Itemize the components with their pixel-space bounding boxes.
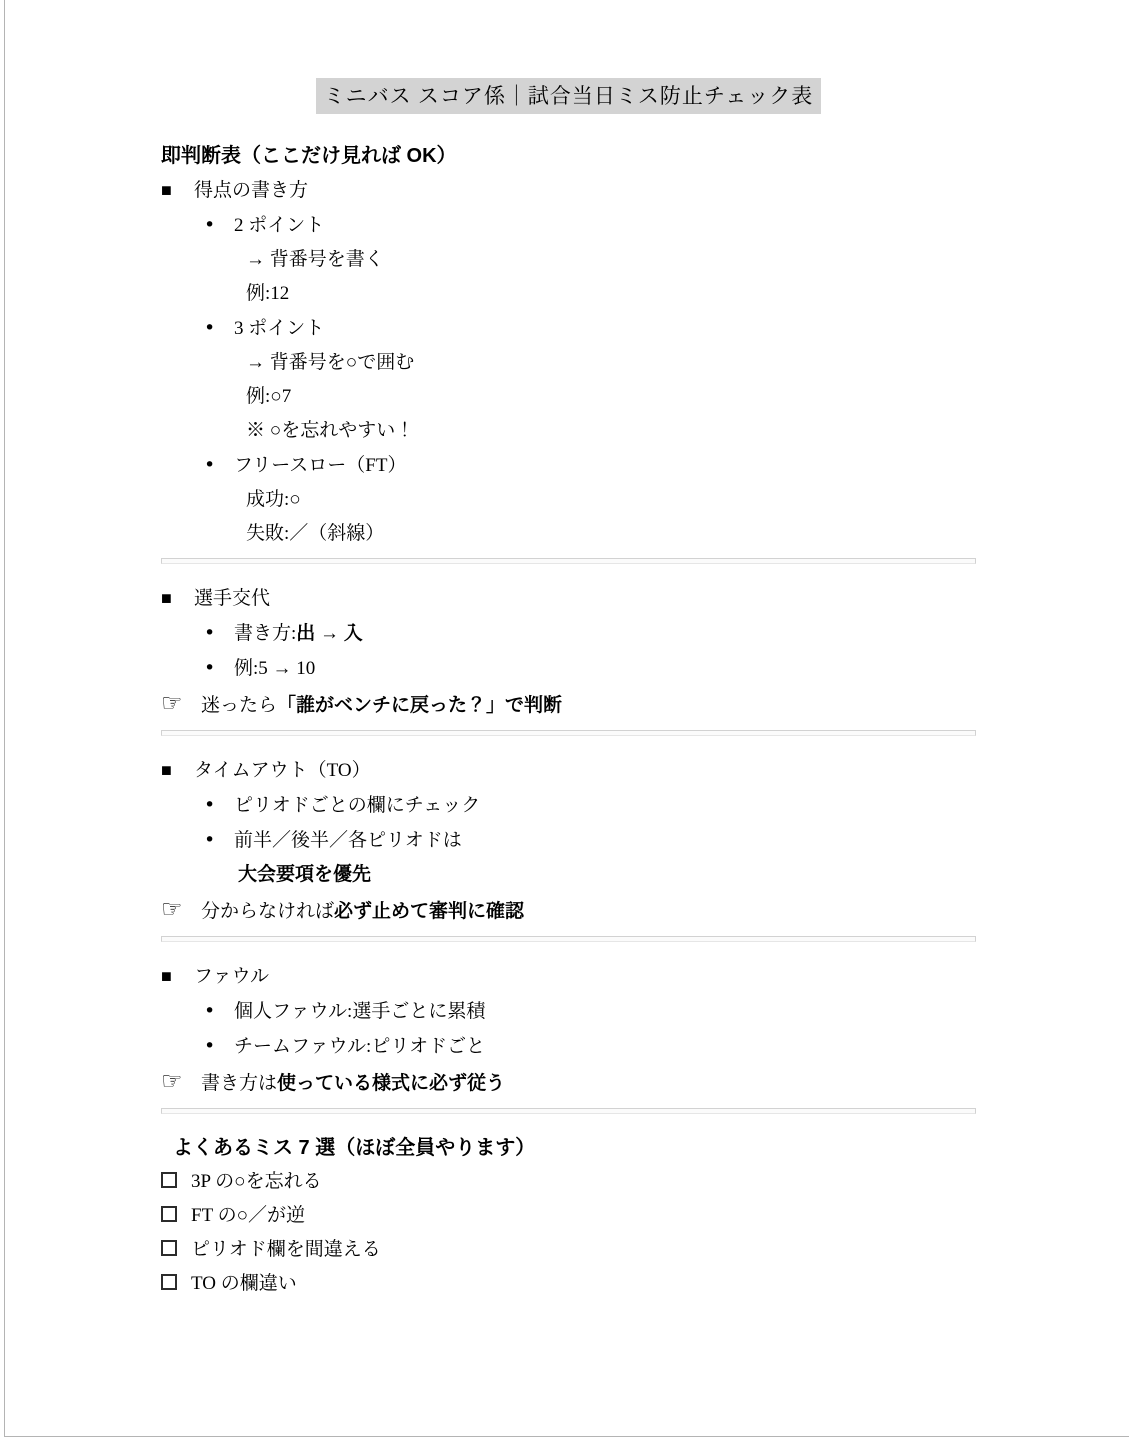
bullet-icon: • xyxy=(204,823,234,857)
checklist-item: ピリオド欄を間違える xyxy=(161,1233,976,1267)
page-title: ミニバス スコア係｜試合当日ミス防止チェック表 xyxy=(316,78,822,114)
checklist-item-label: ピリオド欄を間違える xyxy=(191,1239,381,1260)
list-item-freethrow: •フリースロー（FT） xyxy=(161,448,976,483)
checkbox-icon xyxy=(161,1206,177,1222)
list-item-sub-how: •書き方:出 → 入 xyxy=(161,616,976,651)
tip-note-substitution: ☞迷ったら「誰がベンチに戻った？」で判断 xyxy=(161,686,976,723)
list-item-2pt: •2 ポイント xyxy=(161,208,976,243)
bullet-icon: • xyxy=(204,651,234,685)
checkbox-icon xyxy=(161,1240,177,1256)
sub-line-3pt-example: 例:○7 xyxy=(161,380,976,414)
checklist-item: 3P の○を忘れる xyxy=(161,1165,976,1199)
list-item-label: フリースロー（FT） xyxy=(234,455,406,476)
list-item-label: 2 ポイント xyxy=(234,215,324,236)
list-item-label: 書き方:出 → 入 xyxy=(234,623,363,644)
section-heading-label: タイムアウト（TO） xyxy=(194,760,371,781)
black-square-icon: ■ xyxy=(161,581,194,615)
list-item-team-foul: •チームファウル:ピリオドごと xyxy=(161,1029,976,1064)
tip-note-timeout: ☞分からなければ必ず止めて審判に確認 xyxy=(161,892,976,929)
sub-line-ft-success: 成功:○ xyxy=(161,483,976,517)
bullet-icon: • xyxy=(204,994,234,1028)
common-mistakes-heading: よくあるミス 7 選（ほぼ全員やります） xyxy=(161,1131,976,1165)
bullet-icon: • xyxy=(204,1029,234,1063)
sub-line-2pt-rule: → 背番号を書く xyxy=(161,243,976,277)
list-item-label: 例:5 → 10 xyxy=(234,658,315,679)
checkbox-icon xyxy=(161,1274,177,1290)
list-item-to-periods: •前半／後半／各ピリオドは xyxy=(161,823,976,858)
tip-note-text: 書き方は使っている様式に必ず従う xyxy=(201,1073,505,1094)
list-item-personal-foul: •個人ファウル:選手ごとに累積 xyxy=(161,994,976,1029)
section-divider xyxy=(161,936,976,942)
list-item-label: 個人ファウル:選手ごとに累積 xyxy=(234,1001,485,1022)
checklist-item: TO の欄違い xyxy=(161,1267,976,1301)
document-content: ミニバス スコア係｜試合当日ミス防止チェック表 即判断表（ここだけ見れば OK）… xyxy=(161,78,976,1301)
section-divider xyxy=(161,558,976,564)
list-item-label: チームファウル:ピリオドごと xyxy=(234,1036,485,1057)
bullet-icon: • xyxy=(204,448,234,482)
section-heading-score: ■得点の書き方 xyxy=(161,173,976,208)
black-square-icon: ■ xyxy=(161,959,194,993)
pointing-hand-icon: ☞ xyxy=(161,686,201,720)
sub-line-3pt-warning: ※ ○を忘れやすい！ xyxy=(161,414,976,448)
checklist-item: FT の○／が逆 xyxy=(161,1199,976,1233)
list-item-to-check: •ピリオドごとの欄にチェック xyxy=(161,788,976,823)
sub-line-2pt-example: 例:12 xyxy=(161,277,976,311)
black-square-icon: ■ xyxy=(161,173,194,207)
checklist-item-label: TO の欄違い xyxy=(191,1273,297,1294)
bullet-icon: • xyxy=(204,616,234,650)
section-heading-label: 選手交代 xyxy=(194,588,270,609)
sub-line-ft-fail: 失敗:／（斜線） xyxy=(161,517,976,551)
tip-note-text: 迷ったら「誰がベンチに戻った？」で判断 xyxy=(201,695,562,716)
tip-note-foul: ☞書き方は使っている様式に必ず従う xyxy=(161,1064,976,1101)
list-item-sub-example: •例:5 → 10 xyxy=(161,651,976,686)
pointing-hand-icon: ☞ xyxy=(161,892,201,926)
section-heading-timeout: ■タイムアウト（TO） xyxy=(161,753,976,788)
sub-line-to-priority: 大会要項を優先 xyxy=(161,858,976,892)
list-item-label: 3 ポイント xyxy=(234,318,324,339)
list-item-3pt: •3 ポイント xyxy=(161,311,976,346)
title-block: ミニバス スコア係｜試合当日ミス防止チェック表 xyxy=(161,78,976,115)
section-heading-substitution: ■選手交代 xyxy=(161,581,976,616)
bullet-icon: • xyxy=(204,311,234,345)
pointing-hand-icon: ☞ xyxy=(161,1064,201,1098)
bullet-icon: • xyxy=(204,208,234,242)
list-item-label: 前半／後半／各ピリオドは xyxy=(234,830,462,851)
section-divider xyxy=(161,1108,976,1114)
section-heading-label: 得点の書き方 xyxy=(194,180,308,201)
sub-line-3pt-rule: → 背番号を○で囲む xyxy=(161,346,976,380)
bullet-icon: • xyxy=(204,788,234,822)
black-square-icon: ■ xyxy=(161,753,194,787)
section-heading-foul: ■ファウル xyxy=(161,959,976,994)
section-divider xyxy=(161,730,976,736)
section-heading-label: ファウル xyxy=(194,966,269,987)
tip-note-text: 分からなければ必ず止めて審判に確認 xyxy=(201,901,524,922)
checkbox-icon xyxy=(161,1172,177,1188)
list-item-label: ピリオドごとの欄にチェック xyxy=(234,795,480,816)
checklist-item-label: 3P の○を忘れる xyxy=(191,1171,322,1192)
quick-reference-heading: 即判断表（ここだけ見れば OK） xyxy=(161,139,976,173)
checklist-item-label: FT の○／が逆 xyxy=(191,1205,305,1226)
document-page: ミニバス スコア係｜試合当日ミス防止チェック表 即判断表（ここだけ見れば OK）… xyxy=(4,0,1129,1437)
